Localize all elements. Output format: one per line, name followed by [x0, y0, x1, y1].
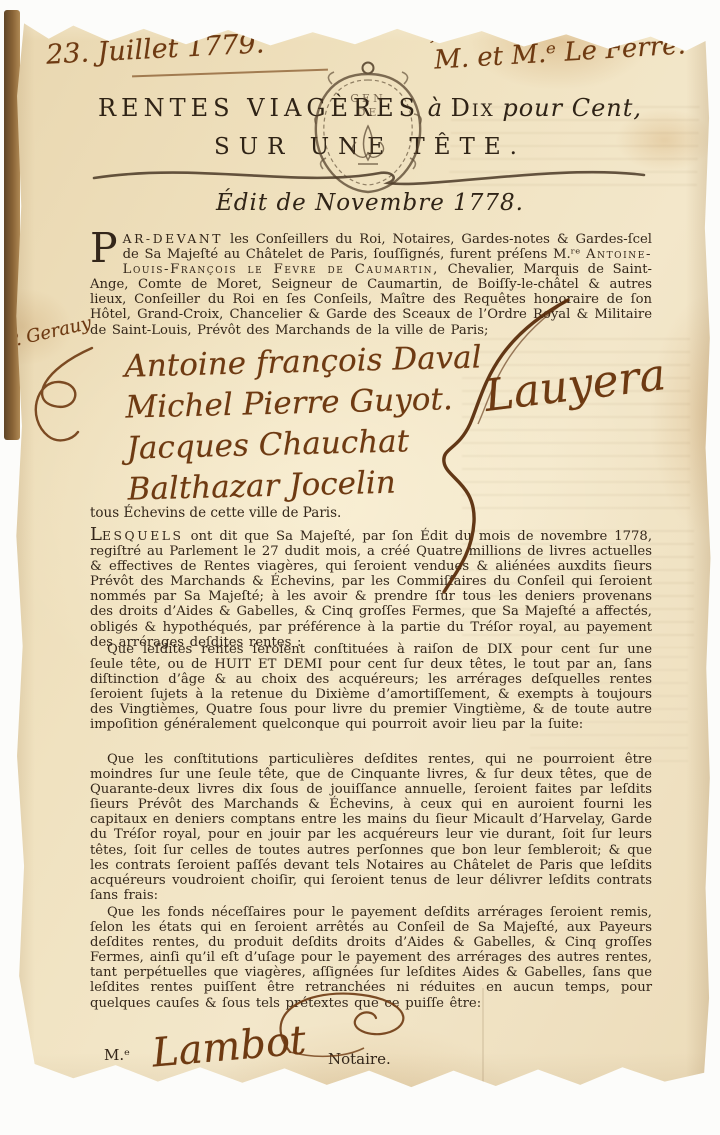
margin-paraph-icon	[20, 340, 112, 452]
document-paper: 23. Juillet 1779. ſſ. M. et M.ᵉ Le Ferre…	[10, 8, 714, 1108]
register-spine-edge	[4, 10, 20, 440]
seal-text-line2: DE	[357, 106, 380, 119]
royal-stamp-seal-icon: GEN DE	[292, 58, 444, 200]
notary-prefix: M.ᵉ	[104, 1046, 130, 1064]
paragraph-rentes-constituees: Que leſdites rentes ſeroient conſtituées…	[90, 642, 652, 733]
paraph-mark: ſſ.	[428, 17, 453, 44]
paragraph-constitutions-particulieres: Que les conſtitutions particulières deſd…	[90, 752, 652, 903]
dropcap-initial: P	[90, 232, 123, 263]
handwritten-date: 23. Juillet 1779.	[45, 28, 265, 70]
notary-signature: Lambot	[150, 1017, 308, 1076]
title-dix: Dix	[451, 94, 495, 122]
seal-text-line1: GEN	[350, 92, 385, 105]
paragraph-lead-initial: L	[90, 524, 102, 545]
brace-flourish-icon	[430, 296, 580, 596]
paragraph-lead: AR-DEVANT	[123, 232, 223, 246]
handwritten-recipient: M. et M.ᵉ Le Ferre.	[433, 30, 686, 75]
title-pour-cent: pour Cent,	[502, 94, 642, 122]
paragraph-lead: ESQUELS	[102, 529, 184, 543]
